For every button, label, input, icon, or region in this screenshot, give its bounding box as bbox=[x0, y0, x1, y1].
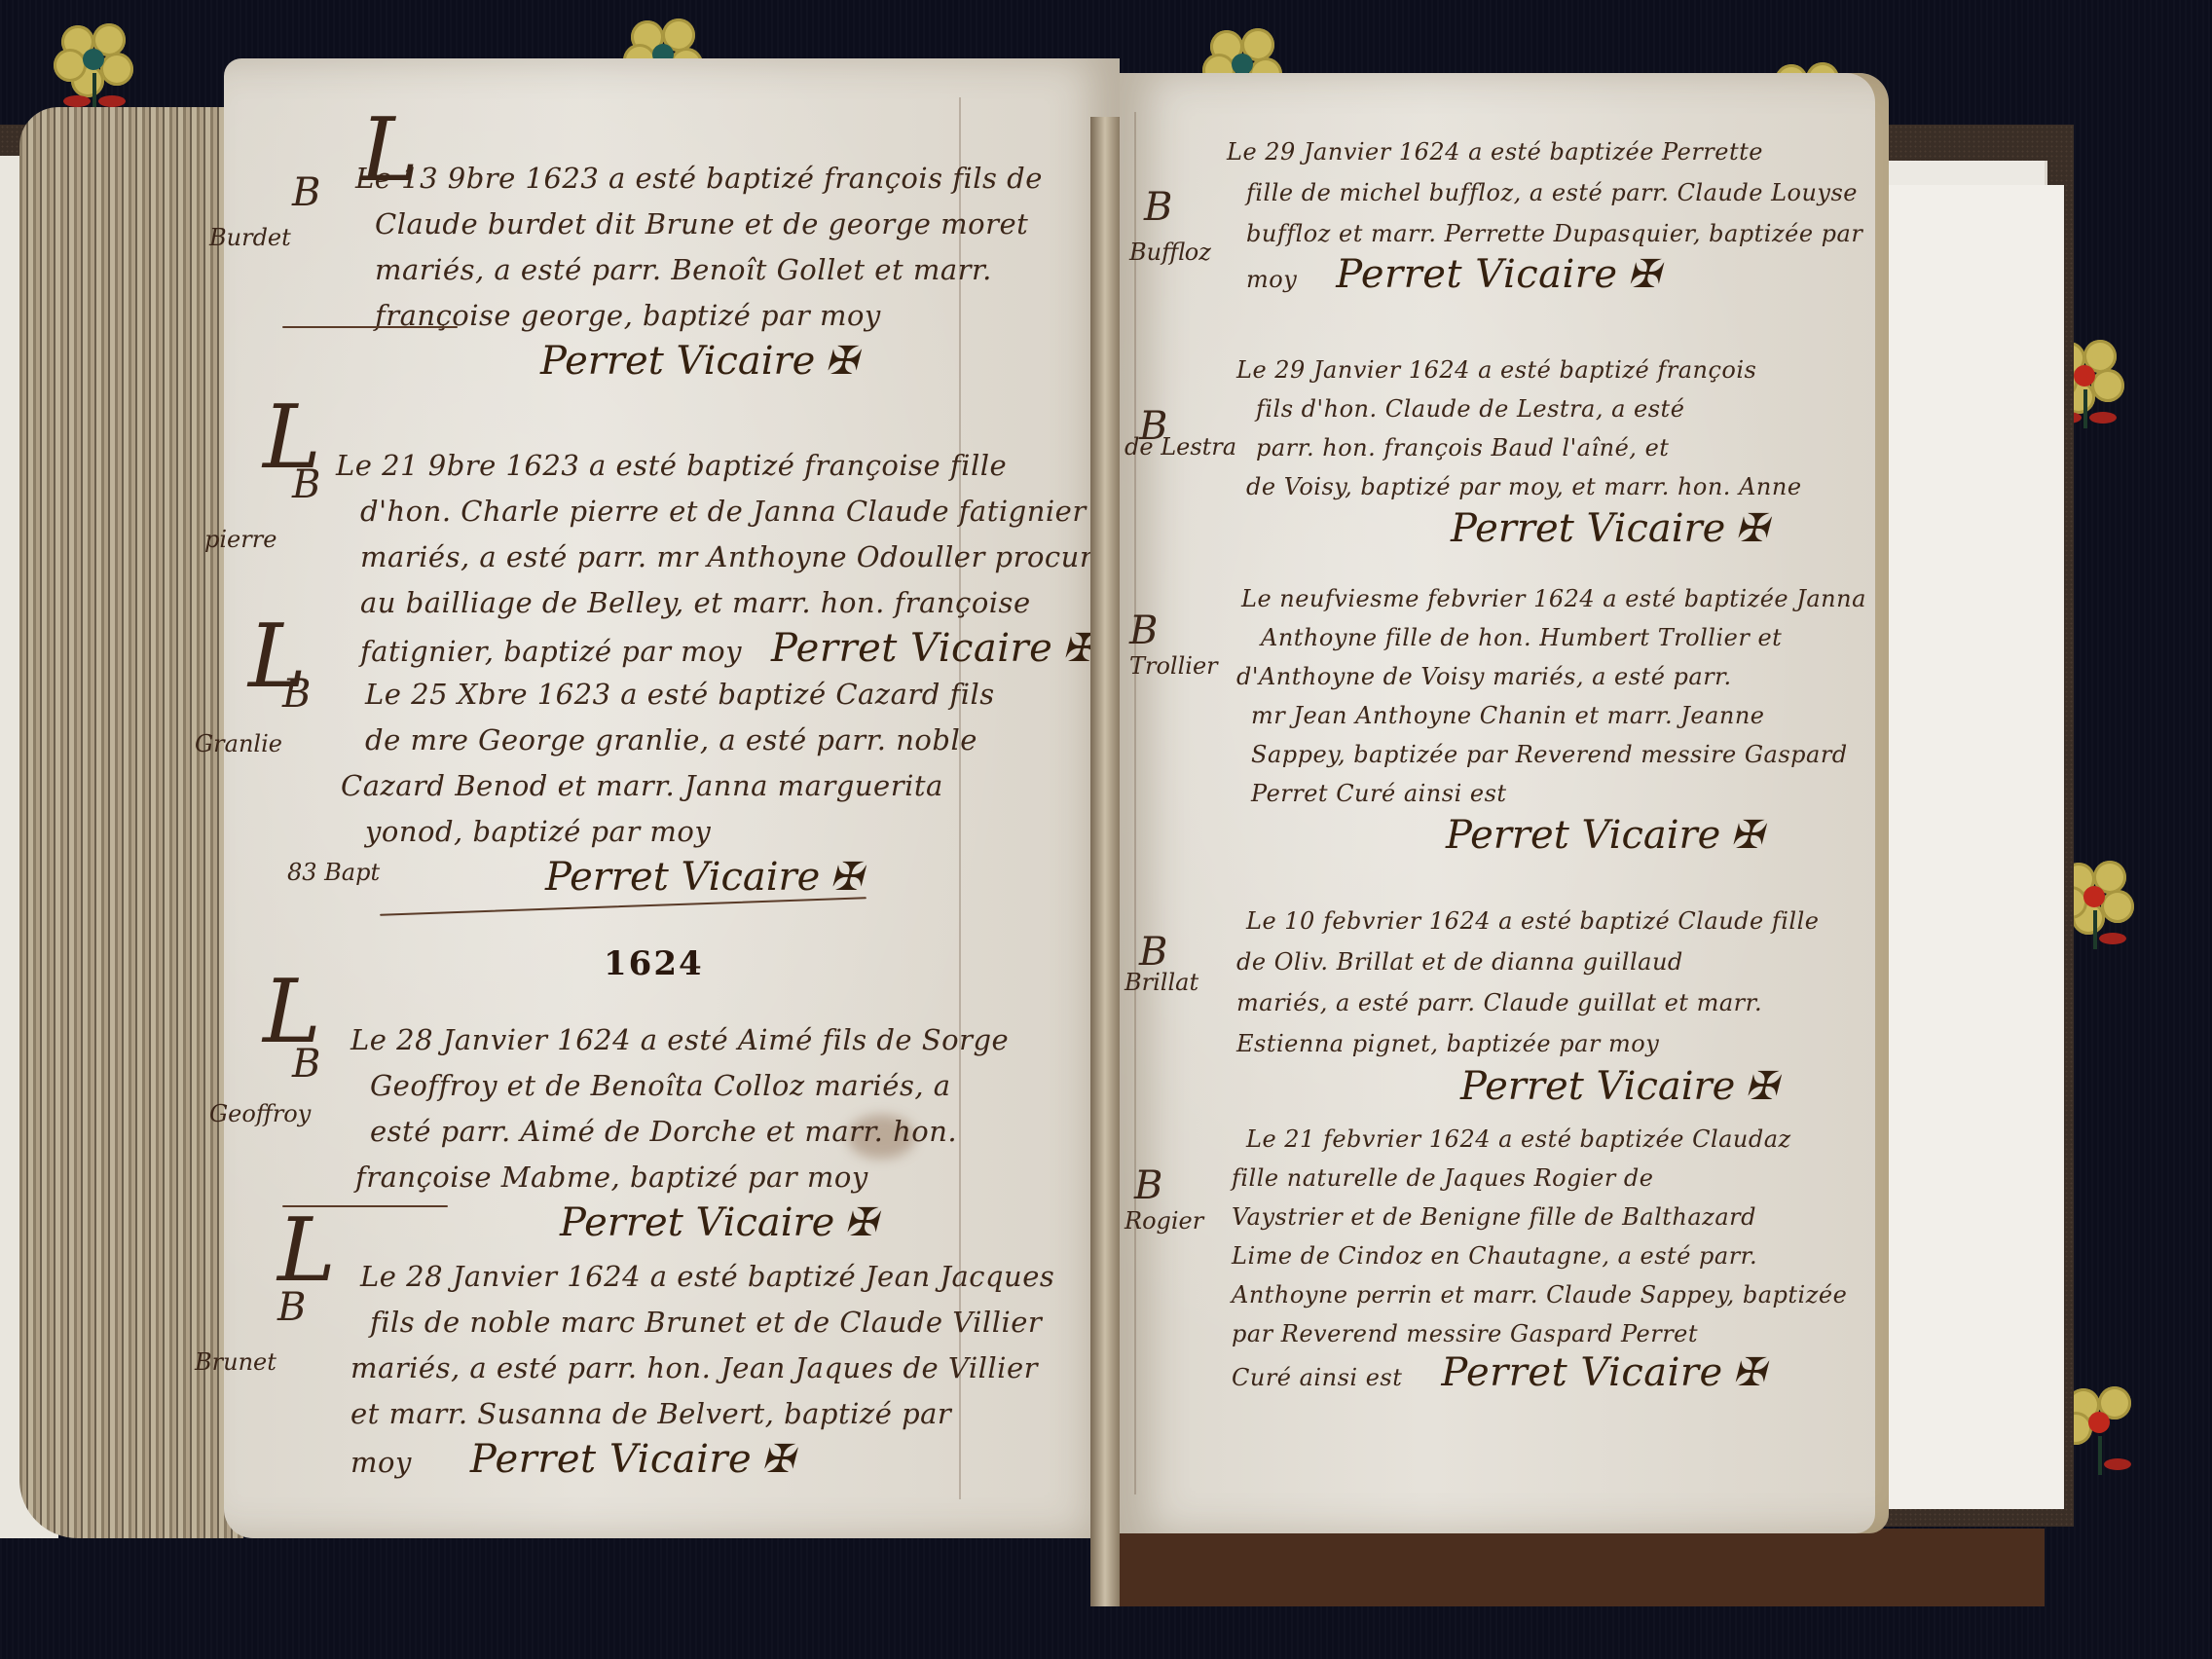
baptism-entry: Le 10 febvrier 1624 a esté baptizé Claud… bbox=[1207, 901, 1819, 1109]
margin-mark-b: B bbox=[1129, 608, 1158, 653]
entry-line: d'Anthoyne de Voisy mariés, a esté parr. bbox=[1202, 657, 1866, 696]
entry-line: Claude burdet dit Brune et de george mor… bbox=[316, 202, 1043, 247]
margin-surname: Geoffroy bbox=[209, 1100, 311, 1127]
cross-flourish-icon: ✠ bbox=[829, 855, 863, 900]
entry-line: fils de noble marc Brunet et de Claude V… bbox=[316, 1300, 1054, 1346]
entry-line: Sappey, baptizée par Reverend messire Ga… bbox=[1202, 735, 1866, 774]
cross-flourish-icon: ✠ bbox=[761, 1437, 794, 1482]
margin-surname: Rogier bbox=[1124, 1207, 1203, 1235]
baptism-tally-note: 83 Bapt bbox=[287, 859, 380, 886]
binding-board-bottom bbox=[1090, 1529, 2045, 1606]
cross-flourish-icon: ✠ bbox=[1730, 813, 1763, 858]
ruled-margin-line bbox=[1134, 112, 1136, 1494]
margin-mark-b: B bbox=[277, 1285, 306, 1330]
entry-line: de Oliv. Brillat et de dianna guillaud bbox=[1207, 941, 1819, 982]
margin-surname: Brillat bbox=[1124, 969, 1198, 996]
entry-line: par Reverend messire Gaspard Perret bbox=[1207, 1314, 1847, 1353]
margin-mark-b: B bbox=[292, 1042, 320, 1087]
entry-divider bbox=[282, 326, 458, 328]
vicar-signature: Perret Vicaire✠ bbox=[1207, 506, 1802, 551]
entry-line: Le 29 Janvier 1624 a esté baptizé franço… bbox=[1207, 350, 1802, 389]
entry-line: Cazard Benod et marr. Janna marguerita bbox=[321, 763, 995, 809]
baptism-entry: Le 21 9bre 1623 a esté baptizé françoise… bbox=[336, 443, 1143, 675]
cross-flourish-icon: ✠ bbox=[1733, 1350, 1766, 1395]
entry-line: Le 25 Xbre 1623 a esté baptizé Cazard fi… bbox=[321, 672, 995, 718]
entry-line: mariés, a esté parr. mr Anthoyne Odoulle… bbox=[336, 535, 1143, 580]
entry-line: Le 21 febvrier 1624 a esté baptizée Clau… bbox=[1207, 1120, 1847, 1159]
margin-surname: Granlie bbox=[195, 730, 282, 757]
entry-line: parr. hon. françois Baud l'aîné, et bbox=[1207, 428, 1802, 467]
baptism-entry: Le 13 9bre 1623 a esté baptizé françois … bbox=[316, 156, 1043, 384]
entry-line: Anthoyne perrin et marr. Claude Sappey, … bbox=[1207, 1275, 1847, 1314]
entry-line: Le 13 9bre 1623 a esté baptizé françois … bbox=[316, 156, 1043, 202]
entry-line: de Voisy, baptizé par moy, et marr. hon.… bbox=[1207, 467, 1802, 506]
margin-surname: Buffloz bbox=[1129, 239, 1211, 266]
entry-line: yonod, baptizé par moy bbox=[321, 809, 995, 855]
entry-line: moyPerret Vicaire✠ bbox=[1207, 254, 1862, 300]
margin-mark-b: B bbox=[292, 462, 320, 507]
entry-line: Perret Curé ainsi est bbox=[1202, 774, 1866, 813]
year-heading: 1624 bbox=[604, 944, 704, 983]
entry-line: fille de michel buffloz, a esté parr. Cl… bbox=[1207, 172, 1862, 213]
entry-line: mariés, a esté parr. Claude guillat et m… bbox=[1207, 982, 1819, 1023]
baptism-entry: Le neufviesme febvrier 1624 a esté bapti… bbox=[1202, 579, 1866, 858]
entry-line: françoise george, baptizé par moy bbox=[316, 293, 1043, 339]
cross-flourish-icon: ✠ bbox=[844, 1200, 877, 1245]
entry-line: fils d'hon. Claude de Lestra, a esté bbox=[1207, 389, 1802, 428]
book-gutter bbox=[1090, 117, 1120, 1606]
cross-flourish-icon: ✠ bbox=[1735, 506, 1768, 551]
entry-line: buffloz et marr. Perrette Dupasquier, ba… bbox=[1207, 213, 1862, 254]
entry-line: et marr. Susanna de Belvert, baptizé par bbox=[316, 1391, 1054, 1437]
baptism-entry: Le 25 Xbre 1623 a esté baptizé Cazard fi… bbox=[321, 672, 995, 900]
ragged-page-edges bbox=[19, 107, 243, 1538]
entry-line: au bailliage de Belley, et marr. hon. fr… bbox=[336, 580, 1143, 626]
protective-leaf-right-inner bbox=[1869, 185, 2064, 1509]
vicar-signature: Perret Vicaire✠ bbox=[1207, 1064, 1819, 1109]
baptism-entry: Le 28 Janvier 1624 a esté baptizé Jean J… bbox=[316, 1254, 1054, 1486]
entry-line: Anthoyne fille de hon. Humbert Trollier … bbox=[1202, 618, 1866, 657]
margin-mark-b: B bbox=[1134, 1163, 1162, 1208]
entry-line: françoise Mabme, baptizé par moy bbox=[326, 1155, 1009, 1200]
margin-mark-b: B bbox=[282, 672, 311, 717]
entry-line: Le 10 febvrier 1624 a esté baptizé Claud… bbox=[1207, 901, 1819, 941]
vicar-signature: Perret Vicaire✠ bbox=[1202, 813, 1866, 858]
entry-line: mariés, a esté parr. hon. Jean Jaques de… bbox=[316, 1346, 1054, 1391]
entry-line: fatignier, baptizé par moyPerret Vicaire… bbox=[336, 626, 1143, 675]
entry-line: Estienna pignet, baptizée par moy bbox=[1207, 1023, 1819, 1064]
entry-line: moyPerret Vicaire✠ bbox=[316, 1437, 1054, 1486]
entry-line: Geoffroy et de Benoîta Colloz mariés, a bbox=[326, 1063, 1009, 1109]
margin-surname: Brunet bbox=[195, 1348, 276, 1376]
entry-line: Le 21 9bre 1623 a esté baptizé françoise… bbox=[336, 443, 1143, 489]
entry-line: d'hon. Charle pierre et de Janna Claude … bbox=[336, 489, 1143, 535]
left-page: L B Burdet Le 13 9bre 1623 a esté baptiz… bbox=[224, 58, 1120, 1538]
entry-line: Le neufviesme febvrier 1624 a esté bapti… bbox=[1202, 579, 1866, 618]
entry-divider bbox=[380, 897, 866, 915]
vicar-signature: Perret Vicaire✠ bbox=[321, 855, 995, 900]
vicar-signature: Perret Vicaire✠ bbox=[771, 626, 1095, 671]
entry-line: Le 28 Janvier 1624 a esté Aimé fils de S… bbox=[326, 1017, 1009, 1063]
margin-mark-b: B bbox=[1144, 185, 1172, 230]
right-page: B Buffloz Le 29 Janvier 1624 a esté bapt… bbox=[1120, 73, 1889, 1533]
entry-line: de mre George granlie, a esté parr. nobl… bbox=[321, 718, 995, 763]
entry-line: esté parr. Aimé de Dorche et marr. hon. bbox=[326, 1109, 1009, 1155]
entry-line: mariés, a esté parr. Benoît Gollet et ma… bbox=[316, 247, 1043, 293]
entry-line: mr Jean Anthoyne Chanin et marr. Jeanne bbox=[1202, 696, 1866, 735]
margin-surname: Burdet bbox=[209, 224, 291, 251]
cross-flourish-icon: ✠ bbox=[1745, 1064, 1778, 1109]
vicar-signature: Perret Vicaire✠ bbox=[470, 1437, 794, 1482]
entry-line: Le 29 Janvier 1624 a esté baptizée Perre… bbox=[1207, 131, 1862, 172]
cross-flourish-icon: ✠ bbox=[825, 339, 858, 384]
entry-line: Lime de Cindoz en Chautagne, a esté parr… bbox=[1207, 1236, 1847, 1275]
entry-line: Curé ainsi estPerret Vicaire✠ bbox=[1207, 1353, 1847, 1397]
vicar-signature: Perret Vicaire✠ bbox=[316, 339, 1043, 384]
vicar-signature: Perret Vicaire✠ bbox=[1336, 252, 1660, 297]
baptism-entry: Le 29 Janvier 1624 a esté baptizé franço… bbox=[1207, 350, 1802, 551]
baptism-entry: Le 28 Janvier 1624 a esté Aimé fils de S… bbox=[326, 1017, 1009, 1245]
baptism-entry: Le 29 Janvier 1624 a esté baptizée Perre… bbox=[1207, 131, 1862, 300]
entry-line: fille naturelle de Jaques Rogier de bbox=[1207, 1159, 1847, 1198]
vicar-signature: Perret Vicaire✠ bbox=[1441, 1350, 1765, 1395]
entry-line: Le 28 Janvier 1624 a esté baptizé Jean J… bbox=[316, 1254, 1054, 1300]
baptism-entry: Le 21 febvrier 1624 a esté baptizée Clau… bbox=[1207, 1120, 1847, 1397]
entry-line: Vaystrier et de Benigne fille de Balthaz… bbox=[1207, 1198, 1847, 1236]
cross-flourish-icon: ✠ bbox=[1628, 252, 1661, 297]
margin-surname: pierre bbox=[204, 526, 276, 553]
